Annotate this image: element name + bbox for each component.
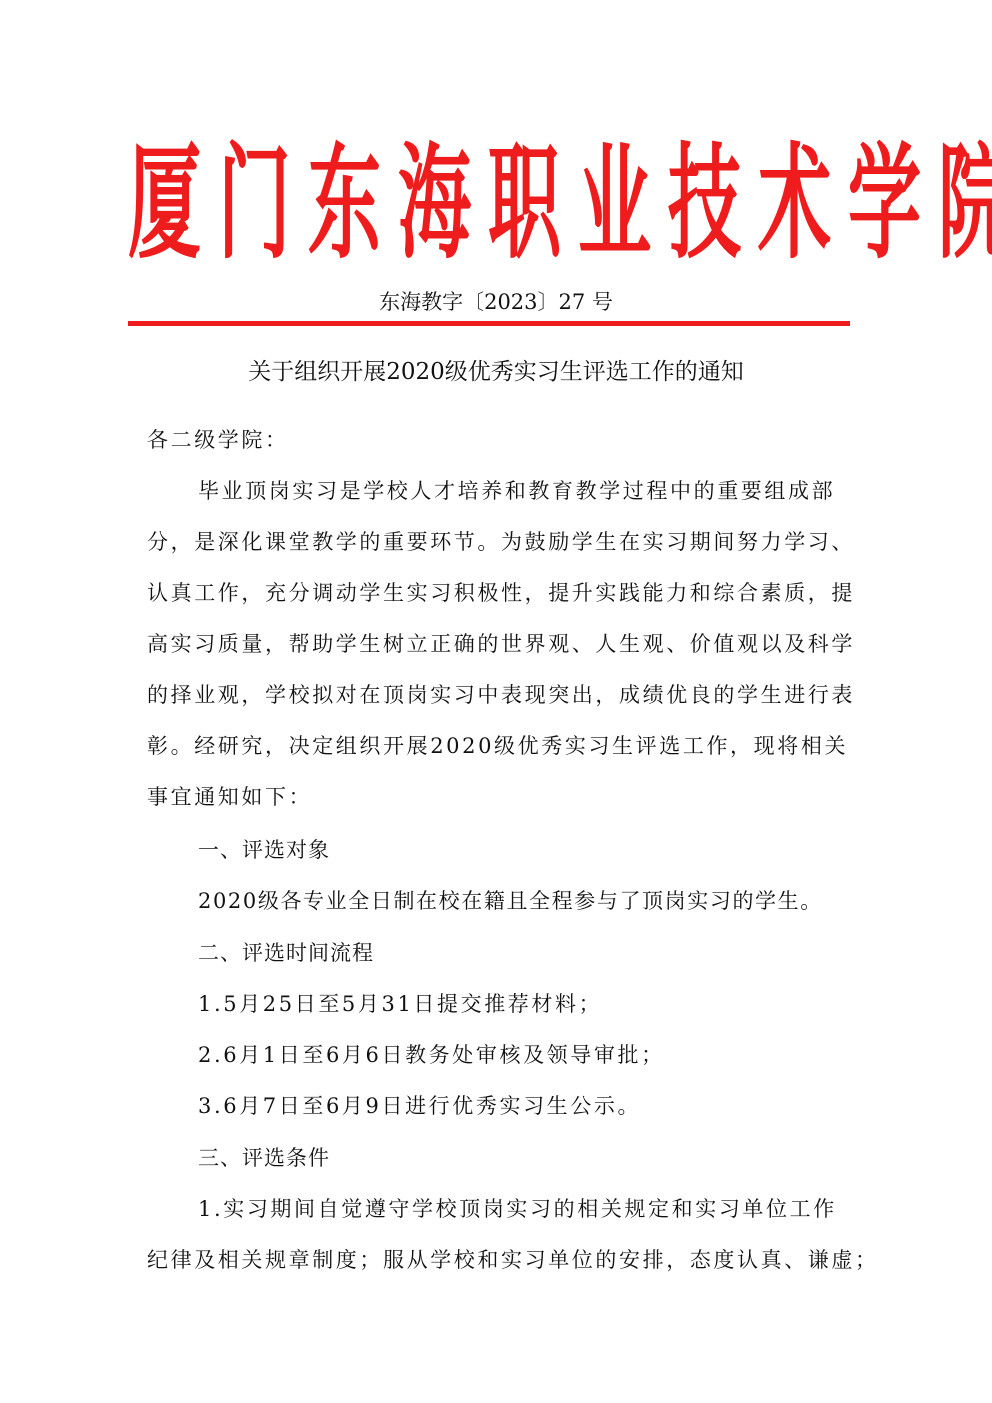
body-line: 分，是深化课堂教学的重要环节。为鼓励学生在实习期间努力学习、 bbox=[147, 526, 855, 556]
section-heading-2: 二、评选时间流程 bbox=[198, 937, 374, 967]
org-masthead: 厦 门 东 海 职 业 技 术 学 院 教 务 处 bbox=[118, 119, 870, 291]
masthead-char: 院 bbox=[938, 143, 992, 267]
red-divider bbox=[128, 321, 850, 326]
salutation: 各二级学院： bbox=[147, 424, 289, 454]
masthead-char: 门 bbox=[218, 143, 288, 267]
body-line: 高实习质量，帮助学生树立正确的世界观、人生观、价值观以及科学 bbox=[147, 628, 855, 658]
body-line: 认真工作，充分调动学生实习积极性，提升实践能力和综合素质，提 bbox=[147, 577, 855, 607]
masthead-char: 厦 bbox=[128, 143, 198, 267]
section-1-text: 2020级各专业全日制在校在籍且全程参与了顶岗实习的学生。 bbox=[198, 885, 823, 915]
timeline-item: 2.6月1日至6月6日教务处审核及领导审批； bbox=[198, 1039, 665, 1069]
timeline-item: 1.5月25日至5月31日提交推荐材料； bbox=[198, 988, 602, 1018]
criteria-line: 1.实习期间自觉遵守学校顶岗实习的相关规定和实习单位工作 bbox=[198, 1193, 837, 1223]
document-number: 东海教字〔2023〕27 号 bbox=[0, 286, 992, 316]
masthead-char: 业 bbox=[578, 143, 648, 267]
timeline-item: 3.6月7日至6月9日进行优秀实习生公示。 bbox=[198, 1090, 641, 1120]
masthead-char: 术 bbox=[758, 143, 828, 267]
body-line: 的择业观，学校拟对在顶岗实习中表现突出，成绩优良的学生进行表 bbox=[147, 679, 855, 709]
criteria-line: 纪律及相关规章制度；服从学校和实习单位的安排，态度认真、谦虚； bbox=[147, 1244, 879, 1274]
document-page: 厦 门 东 海 职 业 技 术 学 院 教 务 处 东海教字〔2023〕27 号… bbox=[0, 0, 992, 1403]
section-heading-3: 三、评选条件 bbox=[198, 1142, 330, 1172]
document-title: 关于组织开展2020级优秀实习生评选工作的通知 bbox=[0, 353, 992, 386]
masthead-char: 职 bbox=[488, 143, 558, 267]
masthead-char: 学 bbox=[848, 143, 918, 267]
masthead-char: 技 bbox=[668, 143, 738, 267]
body-line: 彰。经研究，决定组织开展2020级优秀实习生评选工作，现将相关 bbox=[147, 730, 848, 760]
body-line: 毕业顶岗实习是学校人才培养和教育教学过程中的重要组成部 bbox=[198, 475, 835, 505]
body-line: 事宜通知如下： bbox=[147, 781, 312, 811]
section-heading-1: 一、评选对象 bbox=[198, 834, 330, 864]
masthead-char: 海 bbox=[398, 143, 468, 267]
masthead-char: 东 bbox=[308, 143, 378, 267]
